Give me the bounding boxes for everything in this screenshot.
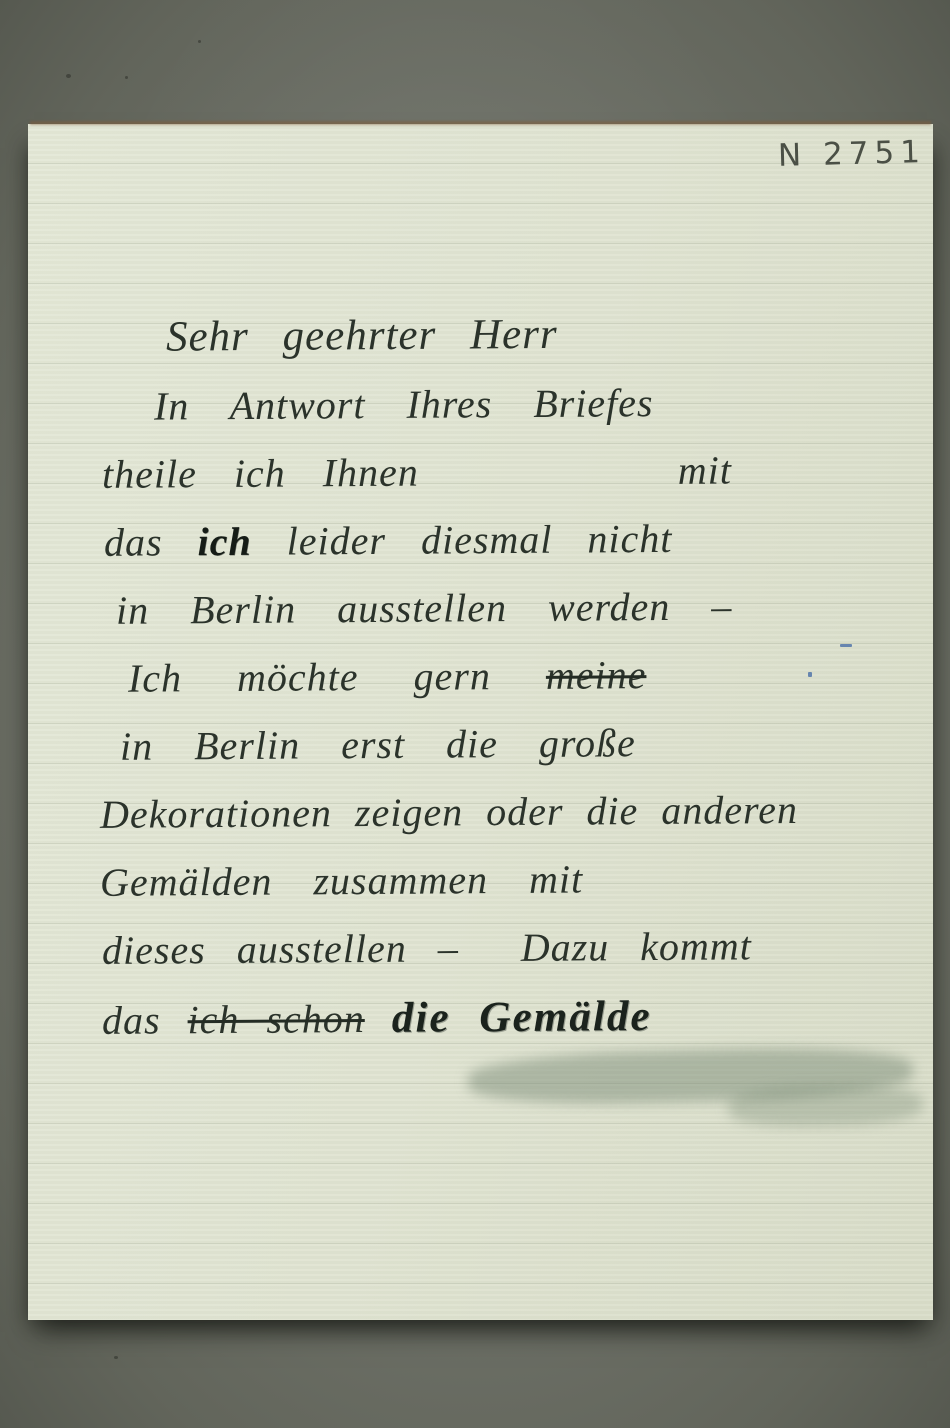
handwritten-line: In Antwort Ihres Briefes [154, 380, 915, 427]
handwritten-line: dieses ausstellen – Dazu kommt [102, 924, 915, 972]
archival-number: N 2751 [778, 134, 927, 174]
handwriting-segment: dieses ausstellen – Dazu kommt [102, 923, 752, 973]
handwriting-segment: Ich möchte gern [128, 653, 546, 701]
handwriting-segment: Sehr geehrter Herr [166, 311, 558, 361]
dust-speck [114, 1356, 118, 1359]
rewritten-word: die Gemälde [392, 993, 652, 1042]
struck-word: ich schon [187, 996, 364, 1042]
letter-body: Sehr geehrter HerrIn Antwort Ihres Brief… [100, 312, 915, 1067]
dust-speck [198, 40, 201, 43]
handwritten-line: in Berlin erst die große [120, 720, 915, 768]
handwritten-line: Gemälden zusammen mit [100, 856, 915, 904]
struck-word: meine [546, 652, 647, 698]
handwriting-segment [365, 996, 392, 1041]
handwriting-segment: Gemälden zusammen mit [100, 857, 583, 905]
handwritten-line: in Berlin ausstellen werden – [116, 584, 915, 632]
photograph-background: N 2751 Sehr geehrter HerrIn Antwort Ihre… [0, 0, 950, 1428]
handwriting-segment: leider diesmal nicht [252, 516, 673, 564]
handwriting-segment: theile ich Ihnen mit [102, 448, 732, 497]
handwriting-segment: Dekorationen zeigen oder die anderen [100, 787, 798, 837]
handwritten-line: theile ich Ihnen mit [102, 448, 915, 496]
letter-page: N 2751 Sehr geehrter HerrIn Antwort Ihre… [28, 124, 933, 1320]
ink-smudge [728, 1083, 924, 1128]
dust-speck [66, 74, 71, 78]
handwritten-line: Sehr geehrter Herr [166, 309, 915, 359]
handwriting-segment: das [102, 997, 188, 1043]
handwritten-line: das ich leider diesmal nicht [104, 516, 915, 564]
handwriting-segment: das [104, 519, 198, 565]
handwritten-line: das ich schon die Gemälde [102, 992, 915, 1043]
handwriting-segment: in Berlin erst die große [120, 720, 636, 769]
dust-speck [125, 76, 128, 79]
handwritten-line: Dekorationen zeigen oder die anderen [100, 788, 915, 836]
handwriting-segment: in Berlin ausstellen werden – [116, 584, 733, 633]
handwritten-line: Ich möchte gern meine [128, 652, 915, 699]
blotted-word: ich [197, 519, 251, 564]
handwriting-segment: In Antwort Ihres Briefes [154, 380, 654, 428]
